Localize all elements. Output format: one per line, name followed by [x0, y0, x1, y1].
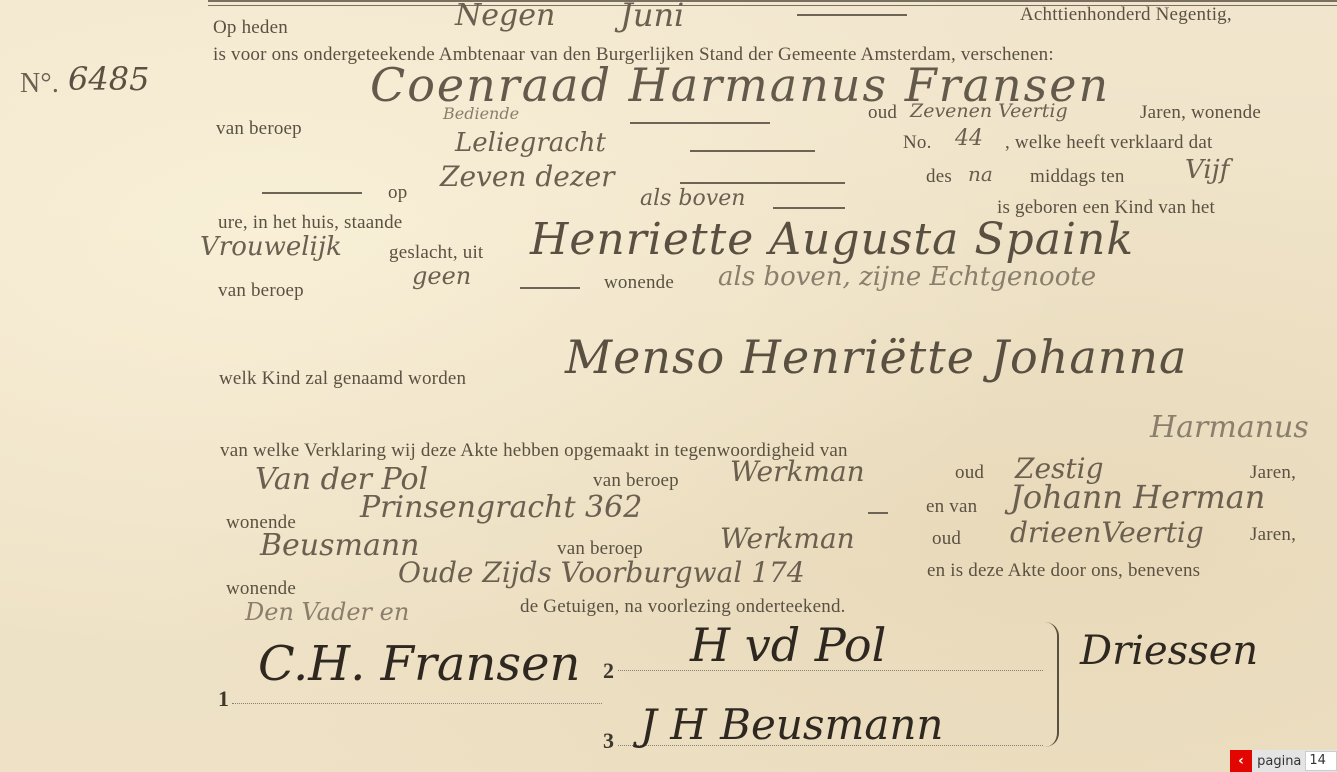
witness2-residence: Oude Zijds Voorburgwal 174 — [398, 556, 805, 589]
signature-brace — [1043, 622, 1059, 747]
declarant-house-no: 44 — [955, 126, 983, 151]
birth-day: Zeven dezer — [440, 160, 615, 193]
oud-label-3: oud — [932, 528, 961, 550]
getuigen-text: de Getuigen, na voorlezing onderteekend. — [520, 596, 846, 618]
en-is-deze-label: en is deze Akte door ons, benevens — [927, 560, 1200, 582]
declarant-occupation: Bediende — [443, 104, 519, 123]
fill-rule — [262, 192, 362, 194]
signature-2: H vd Pol — [690, 618, 886, 672]
welke-heeft-label: , welke heeft verklaard dat — [1005, 132, 1212, 154]
signature-number-3: 3 — [603, 728, 614, 754]
fill-rule — [797, 14, 907, 16]
mother-occupation: geen — [412, 262, 471, 290]
fill-rule — [680, 182, 845, 184]
witness1-firstname: Harmanus — [1150, 410, 1309, 445]
des-label: des — [926, 166, 952, 188]
witness2-age: drieenVeertig — [1010, 516, 1204, 549]
chevron-left-icon: ‹ — [1238, 753, 1244, 769]
page-navigator: ‹ pagina 14 — [1230, 750, 1337, 772]
wonende-label-1: wonende — [604, 272, 674, 294]
birth-place: als boven — [640, 186, 745, 211]
oud-label-2: oud — [955, 462, 984, 484]
fill-rule — [520, 287, 580, 289]
birth-hour: Vijf — [1185, 155, 1229, 185]
child-sex: Vrouwelijk — [200, 232, 342, 262]
page-label: pagina — [1252, 754, 1305, 769]
fill-rule — [773, 207, 845, 209]
van-beroep-label-2: van beroep — [218, 280, 304, 302]
signature-1: C.H. Fransen — [258, 636, 580, 692]
signature-number-1: 1 — [218, 686, 229, 712]
geslacht-uit-label: geslacht, uit — [389, 242, 483, 264]
witness2-firstname: Johann Herman — [1010, 478, 1265, 516]
welk-kind-label: welk Kind zal genaamd worden — [219, 368, 466, 390]
day-value: Negen — [455, 0, 555, 33]
scanned-document: N°. 6485 Op heden Negen Juni Achttienhon… — [0, 0, 1337, 772]
birth-part-of-day: na — [968, 162, 993, 186]
wonende-label-3: wonende — [226, 578, 296, 600]
op-heden-label: Op heden — [213, 17, 288, 39]
en-van-label: en van — [926, 496, 977, 518]
mother-residence: als boven, zijne Echtgenoote — [718, 262, 1096, 292]
mother-name: Henriette Augusta Spaink — [530, 214, 1134, 265]
op-label: op — [388, 182, 407, 204]
akte-number: 6485 — [68, 60, 149, 98]
witness1-occupation: Werkman — [730, 455, 865, 488]
jaren-label-2: Jaren, — [1250, 524, 1296, 546]
fill-rule — [630, 122, 770, 124]
witness1-residence: Prinsengracht 362 — [360, 490, 642, 525]
month-value: Juni — [620, 0, 684, 34]
declarant-age: Zevenen Veertig — [910, 100, 1068, 122]
van-beroep-label-1: van beroep — [216, 118, 302, 140]
ure-huis-label: ure, in het huis, staande — [218, 212, 402, 234]
signature-line-1 — [232, 703, 602, 704]
official-signature: Driessen — [1080, 628, 1258, 674]
signed-by: Den Vader en — [245, 598, 409, 626]
previous-page-button[interactable]: ‹ — [1230, 750, 1252, 772]
middags-ten-label: middags ten — [1030, 166, 1125, 188]
witness2-surname: Beusmann — [260, 528, 420, 563]
fill-rule — [690, 150, 815, 152]
signature-3: J H Beusmann — [640, 700, 943, 749]
declarant-street: Leliegracht — [455, 128, 606, 158]
signature-number-2: 2 — [603, 658, 614, 684]
van-beroep-label-3: van beroep — [593, 470, 679, 492]
jaren-wonende-label: Jaren, wonende — [1140, 102, 1261, 124]
no-label: No. — [903, 132, 932, 154]
akte-number-label: N°. — [20, 68, 59, 100]
fill-rule — [868, 512, 888, 514]
page-number-input[interactable]: 14 — [1305, 751, 1337, 771]
year-label: Achttienhonderd Negentig, — [1020, 4, 1232, 26]
witness2-occupation: Werkman — [720, 522, 855, 555]
oud-label: oud — [868, 102, 897, 124]
child-name: Menso Henriëtte Johanna — [565, 330, 1187, 384]
